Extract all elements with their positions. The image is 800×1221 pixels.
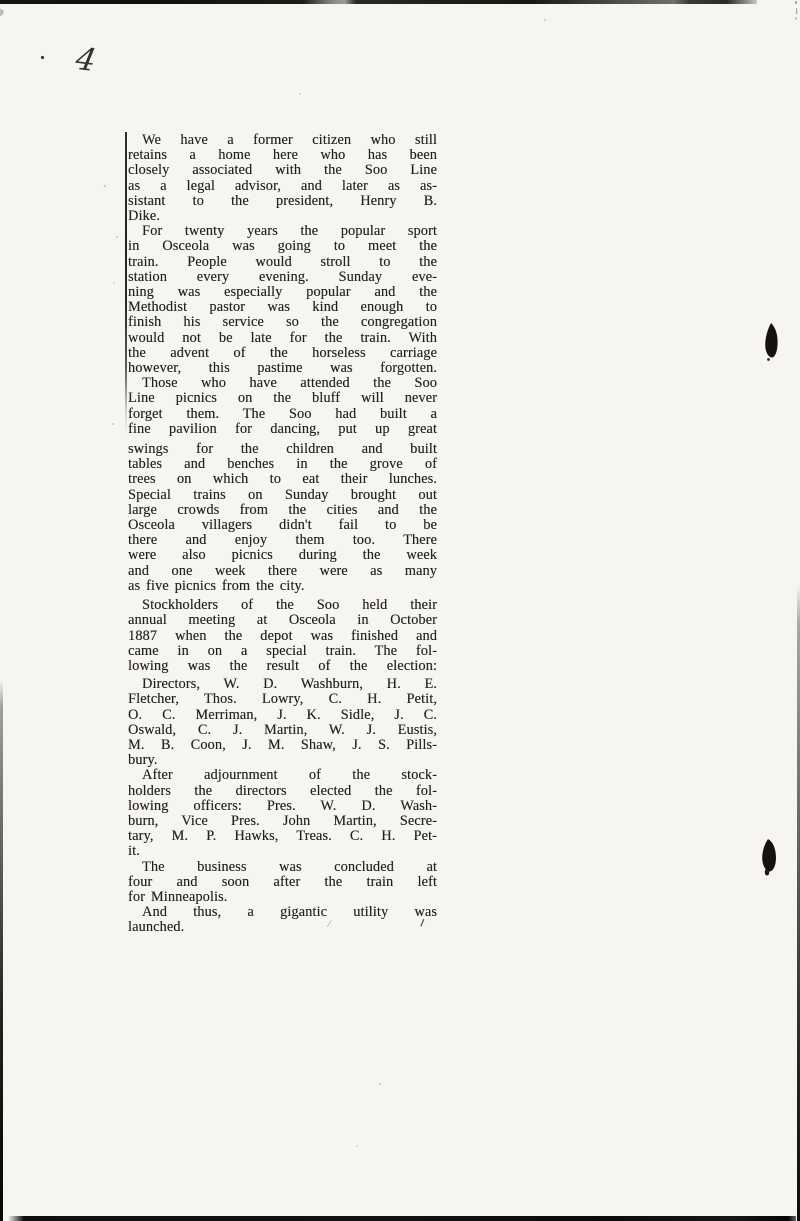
text-line: there and enjoy them too. There [128,533,437,548]
paragraph: We have a former citizen who stillretain… [128,133,437,224]
text-line: bury. [128,753,437,768]
text-line: After adjournment of the stock- [128,768,437,783]
text-line: The business was concluded at [128,860,437,875]
text-line: Oswald, C. J. Martin, W. J. Eustis, [128,723,437,738]
scan-edge-top [0,0,757,4]
edge-dashes [795,1,797,20]
text-line: ning was especially popular and the [128,285,437,300]
paragraph: Directors, W. D. Washburn, H. E.Fletcher… [128,677,437,768]
text-line: the advent of the horseless carriage [128,346,437,361]
text-line: came in on a special train. The fol- [128,644,437,659]
text-line: four and soon after the train left [128,875,437,890]
handwritten-page-number: 4 [73,41,99,79]
paragraph: The business was concluded atfour and so… [128,860,437,906]
text-line: in Osceola was going to meet the [128,239,437,254]
paragraph: After adjournment of the stock-holders t… [128,768,437,859]
text-line: station every evening. Sunday eve- [128,270,437,285]
text-line: Directors, W. D. Washburn, H. E. [128,677,437,692]
text-line: annual meeting at Osceola in October [128,613,437,628]
scanned-page: 4 We have a former citizen who stillreta… [0,0,800,1221]
corner-mark [1,9,3,16]
text-line: closely associated with the Soo Line [128,163,437,178]
text-line: lowing officers: Pres. W. D. Wash- [128,799,437,814]
text-line: Those who have attended the Soo [128,376,437,391]
text-line: as a legal advisor, and later as as- [128,179,437,194]
text-line: Osceola villagers didn't fail to be [128,518,437,533]
column-rule [125,132,127,434]
text-line: forget them. The Soo had built a [128,407,437,422]
paragraph: And thus, a gigantic utility waslaunched… [128,905,437,935]
scan-edge-left [0,680,3,1221]
text-line: fine pavilion for dancing, put up great [128,422,437,437]
text-line: burn, Vice Pres. John Martin, Secre- [128,814,437,829]
paragraph: Those who have attended the SooLine picn… [128,376,437,437]
text-line: Methodist pastor was kind enough to [128,300,437,315]
text-line: We have a former citizen who still [128,133,437,148]
text-line: finish his service so the congregation [128,315,437,330]
text-line: tary, M. P. Hawks, Treas. C. H. Pet- [128,829,437,844]
text-line: Stockholders of the Soo held their [128,598,437,613]
text-line: M. B. Coon, J. M. Shaw, J. S. Pills- [128,738,437,753]
paragraph: For twenty years the popular sportin Osc… [128,224,437,376]
text-line: 1887 when the depot was finished and [128,629,437,644]
text-line: Special trains on Sunday brought out [128,488,437,503]
text-line: as five picnics from the city. [128,579,437,594]
ink-blot-lower [762,839,776,875]
paragraph: swings for the children and builttables … [128,442,437,594]
text-line: and one week there were as many [128,564,437,579]
scan-edge-bottom [8,1216,796,1221]
text-line: Dike. [128,209,437,224]
text-line: it. [128,844,437,859]
text-line: Line picnics on the bluff will never [128,391,437,406]
text-line: trees on which to eat their lunches. [128,472,437,487]
text-line: And thus, a gigantic utility was [128,905,437,920]
text-line: O. C. Merriman, J. K. Sidle, J. C. [128,708,437,723]
newspaper-clipping: We have a former citizen who stillretain… [128,133,437,936]
ink-blot-upper [765,323,777,361]
text-line: holders the directors elected the fol- [128,784,437,799]
text-line: lowing was the result of the election: [128,659,437,674]
text-line: train. People would stroll to the [128,255,437,270]
text-line: tables and benches in the grove of [128,457,437,472]
text-line: retains a home here who has been [128,148,437,163]
text-line: sistant to the president, Henry B. [128,194,437,209]
text-line: For twenty years the popular sport [128,224,437,239]
text-line: swings for the children and built [128,442,437,457]
text-line: launched. [128,920,437,935]
text-line: were also picnics during the week [128,548,437,563]
pen-dot [41,56,44,59]
text-line: Fletcher, Thos. Lowry, C. H. Petit, [128,692,437,707]
text-line: would not be late for the train. With [128,331,437,346]
text-line: however, this pastime was forgotten. [128,361,437,376]
paragraph: Stockholders of the Soo held theirannual… [128,598,437,674]
text-line: large crowds from the cities and the [128,503,437,518]
text-line: for Minneapolis. [128,890,437,905]
